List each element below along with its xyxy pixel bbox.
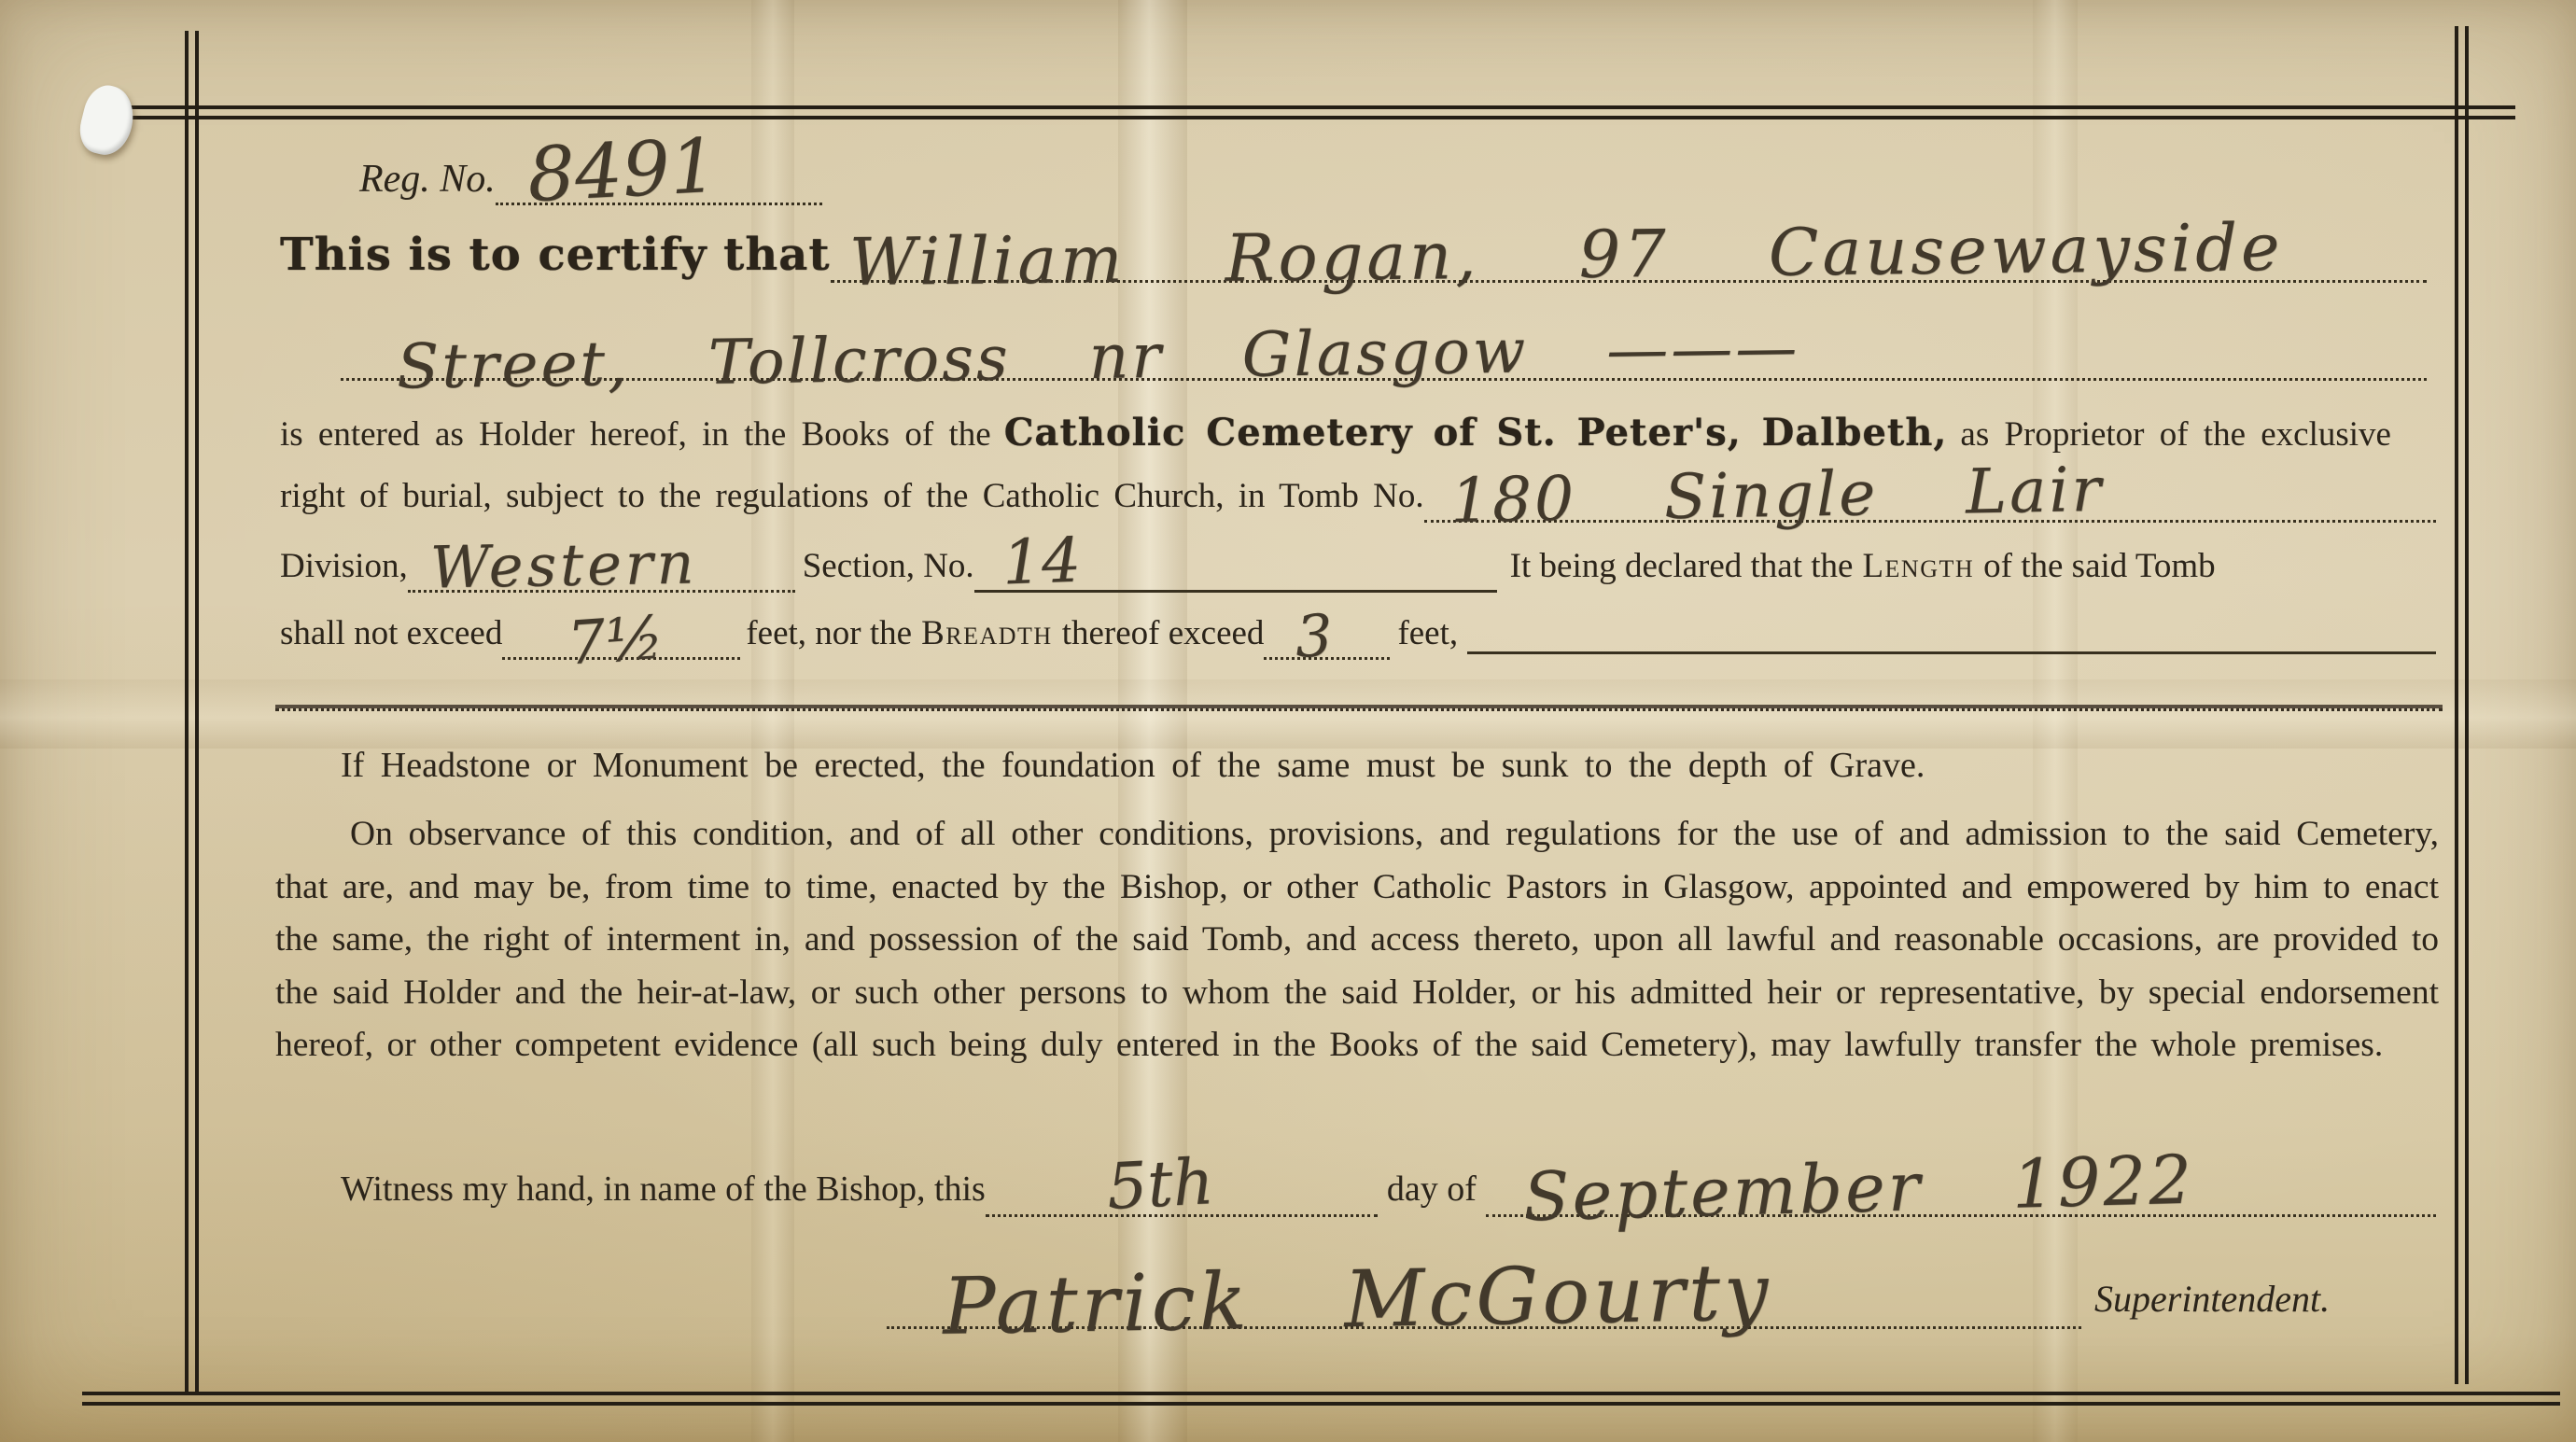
conditions-paragraph: On observance of this condition, and of … <box>275 808 2439 1072</box>
signature-row: Patrick McGourty Superintendent. <box>887 1277 2417 1329</box>
witness-label: Witness my hand, in name of the Bishop, … <box>341 1169 986 1210</box>
reg-no-label: Reg. No. <box>359 157 496 202</box>
declared-post: of the said Tomb <box>1983 546 2216 586</box>
tomb-no-value: 180 Single Lair <box>1449 454 2104 537</box>
signature-title: Superintendent. <box>2094 1277 2330 1321</box>
entered-pre: is entered as Holder hereof, in the Book… <box>280 414 991 455</box>
witness-day-value: 5th <box>1105 1145 1215 1225</box>
section-value: 14 <box>1001 525 1082 599</box>
burial-line: right of burial, subject to the regulati… <box>280 476 1424 516</box>
declared-pre: It being declared that the <box>1510 546 1854 586</box>
division-field: Western <box>408 546 795 593</box>
tomb-no-field: 180 Single Lair <box>1424 476 2436 523</box>
breadth-word: Breadth <box>921 613 1053 653</box>
holder-name-value: William Rogan, 97 Causewayside <box>848 209 2283 301</box>
length-field: 7½ <box>502 613 740 660</box>
holder-address-value: Street, Tollcross nr Glasgow ——— <box>397 312 1800 403</box>
section-divider-rule <box>275 705 2443 711</box>
holder-address-field: Street, Tollcross nr Glasgow ——— <box>341 329 2427 381</box>
exceed-row: shall not exceed 7½ feet, nor the Breadt… <box>280 613 2436 660</box>
holder-name-field: William Rogan, 97 Causewayside <box>831 229 2427 283</box>
certificate-scan: Reg. No. 8491 This is to certify that Wi… <box>0 0 2576 1442</box>
headstone-row: If Headstone or Monument be erected, the… <box>341 745 2436 786</box>
section-field: 14 <box>974 546 1497 593</box>
certificate-content: Reg. No. 8491 This is to certify that Wi… <box>0 0 2576 1442</box>
signature-value: Patrick McGourty <box>942 1246 1772 1351</box>
exceed-mid1: feet, nor the <box>746 613 912 653</box>
entered-row: is entered as Holder hereof, in the Book… <box>280 411 2436 455</box>
feet-label: feet, <box>1397 613 1458 653</box>
reg-no-value: 8491 <box>525 122 720 219</box>
breadth-value: 3 <box>1295 601 1334 670</box>
division-value: Western <box>429 529 698 602</box>
witness-date-value: September 1922 <box>1522 1141 2195 1237</box>
exceed-mid2: thereof exceed <box>1062 613 1265 653</box>
division-row: Division, Western Section, No. 14 It bei… <box>280 546 2436 593</box>
length-value: 7½ <box>566 604 666 679</box>
trailing-rule <box>1467 613 2436 654</box>
witness-date-field: September 1922 <box>1486 1169 2436 1217</box>
witness-row: Witness my hand, in name of the Bishop, … <box>341 1169 2436 1217</box>
witness-day-field: 5th <box>986 1169 1378 1217</box>
holder-address-row: Street, Tollcross nr Glasgow ——— <box>341 329 2427 381</box>
cemetery-name: Catholic Cemetery of St. Peter's, Dalbet… <box>1004 411 1948 455</box>
headstone-clause: If Headstone or Monument be erected, the… <box>341 745 1925 786</box>
division-label: Division, <box>280 546 408 586</box>
reg-no-row: Reg. No. 8491 <box>359 157 822 205</box>
section-label: Section, No. <box>803 546 974 586</box>
breadth-field: 3 <box>1264 613 1390 660</box>
exceed-label: shall not exceed <box>280 613 502 653</box>
length-word: Length <box>1862 546 1974 586</box>
certify-label: This is to certify that <box>280 229 831 281</box>
day-of-label: day of <box>1387 1169 1477 1210</box>
entered-post: as Proprietor of the exclusive <box>1960 414 2391 455</box>
signature-field: Patrick McGourty <box>887 1277 2081 1329</box>
burial-row: right of burial, subject to the regulati… <box>280 476 2436 523</box>
certify-row: This is to certify that William Rogan, 9… <box>280 229 2427 283</box>
reg-no-field: 8491 <box>496 157 822 205</box>
